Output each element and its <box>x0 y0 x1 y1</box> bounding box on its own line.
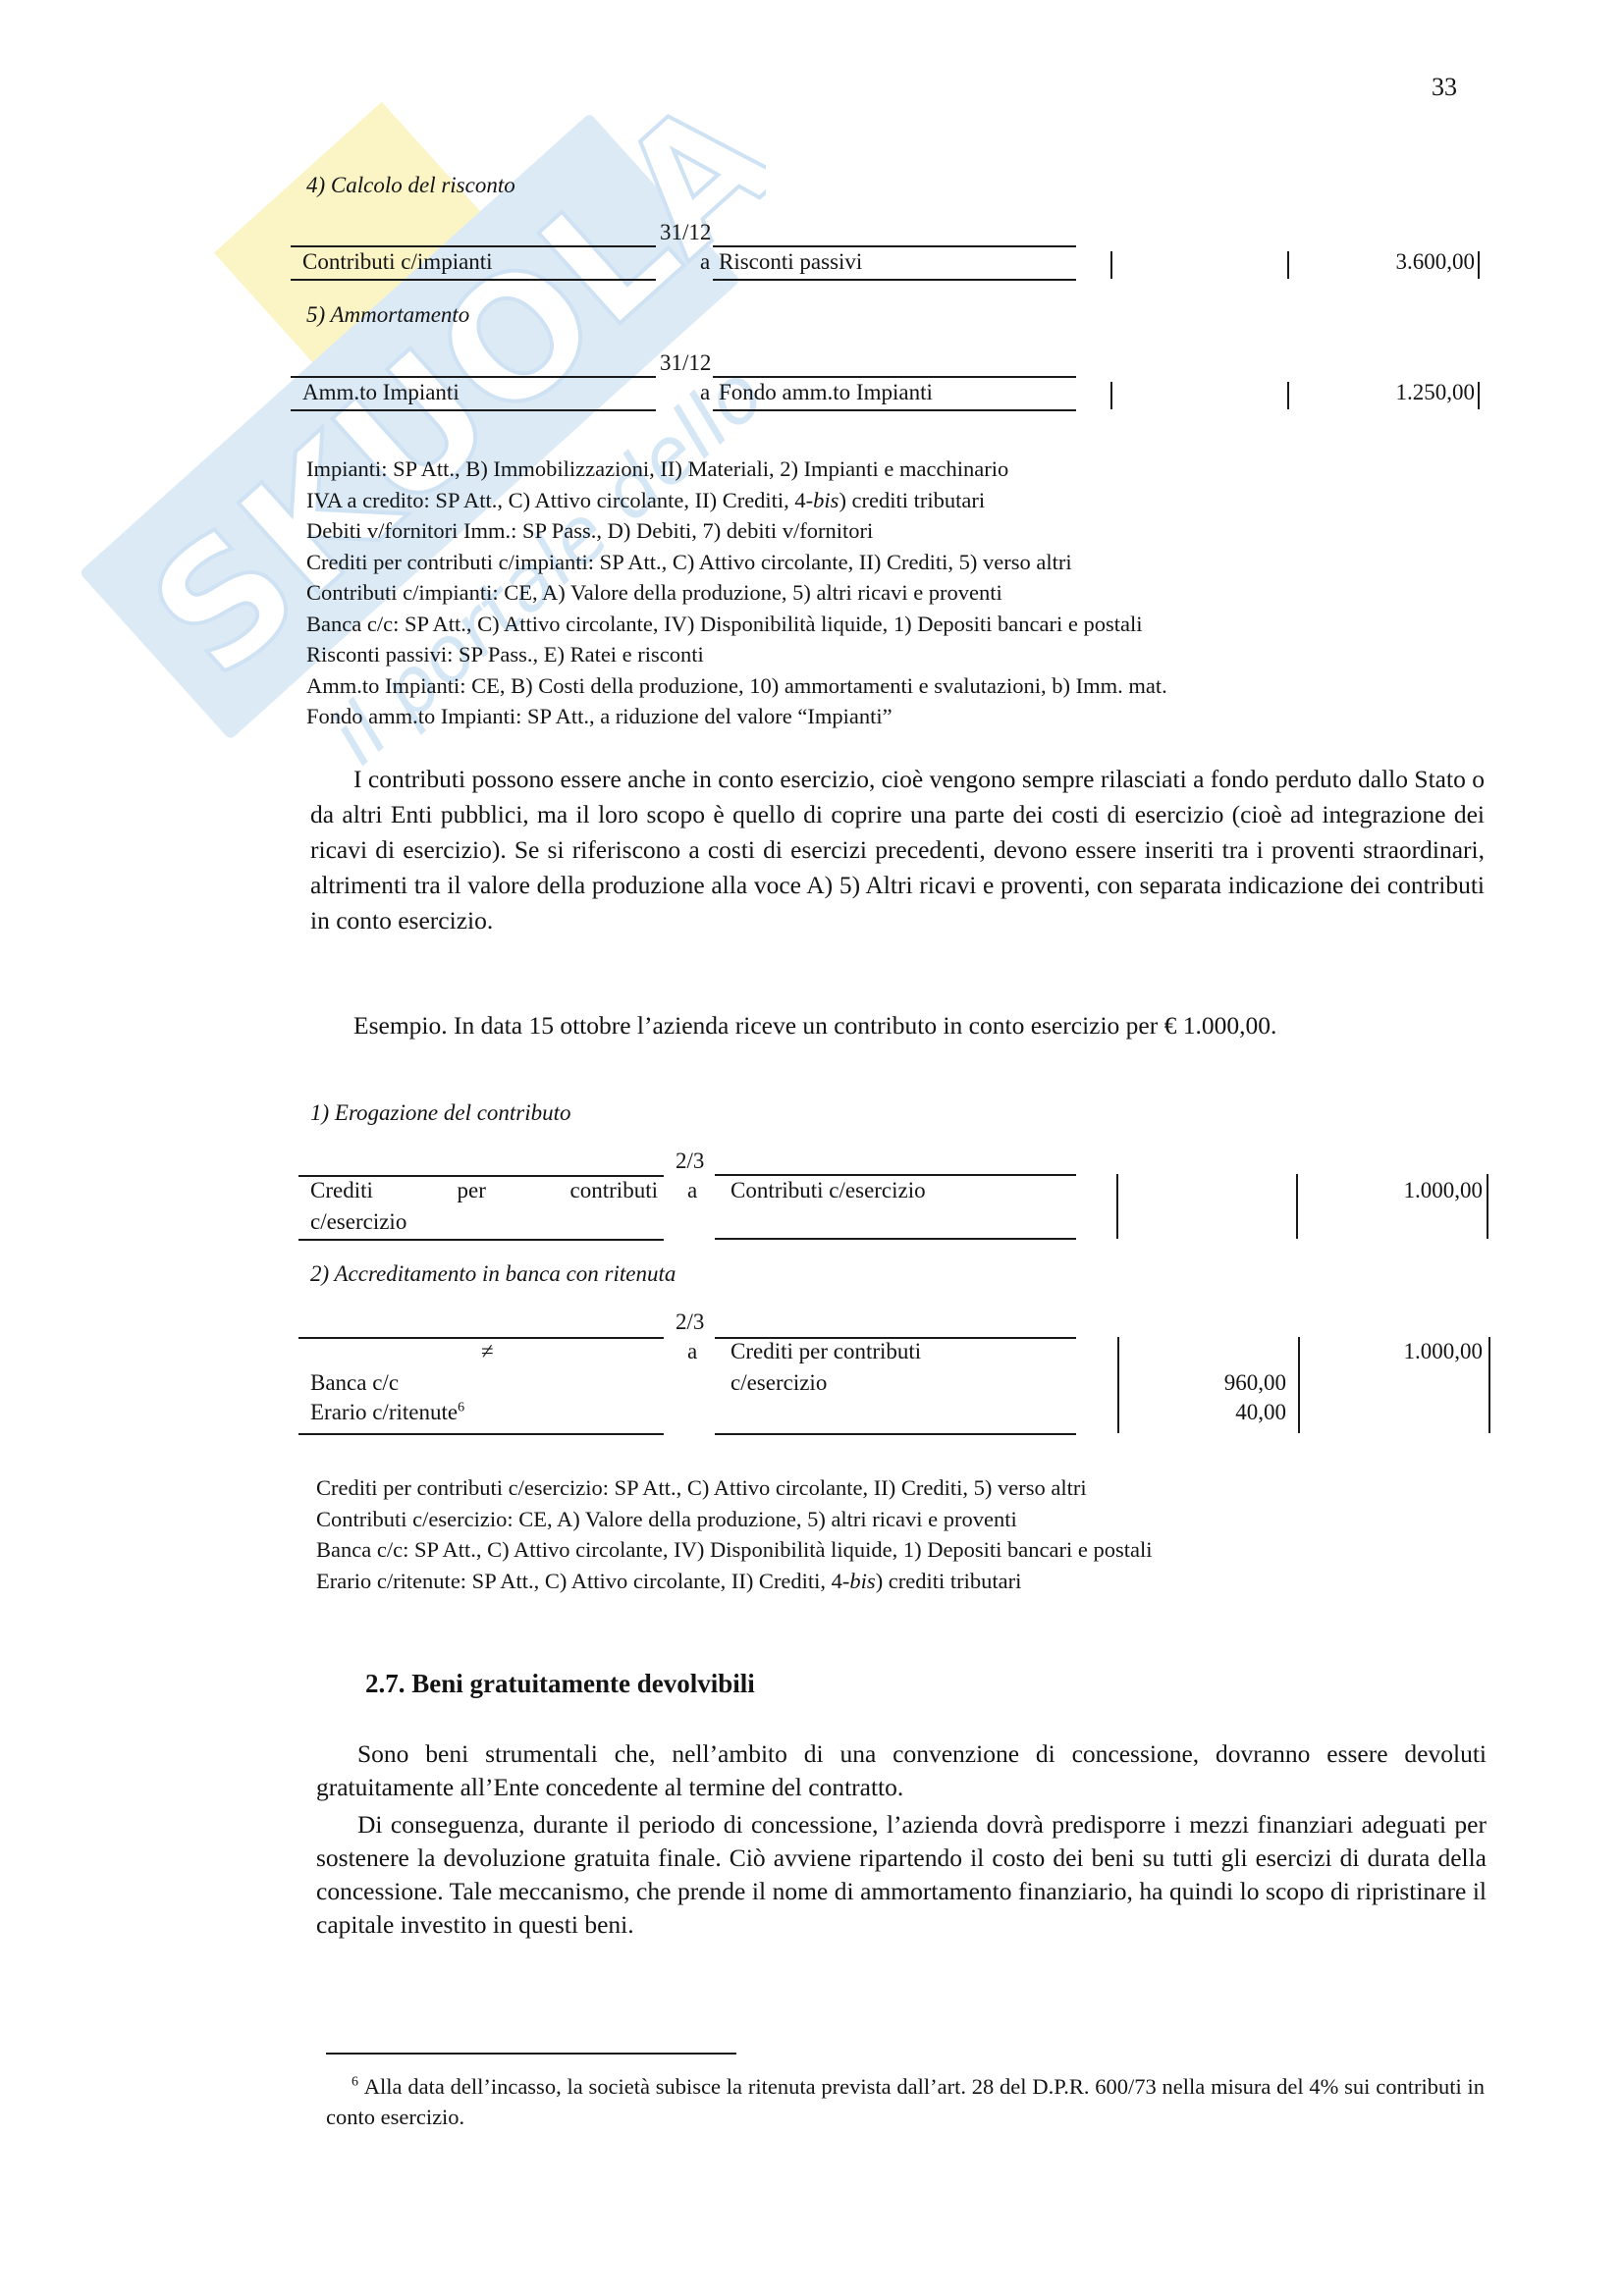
classification-item: Crediti per contributi c/impianti: SP At… <box>306 547 1167 578</box>
paragraph-text: Sono beni strumentali che, nell’ambito d… <box>316 1739 1487 1801</box>
debit-account: Contributi c/impianti <box>302 247 493 277</box>
multiple-accounts-symbol: ≠ <box>481 1337 494 1366</box>
column-divider <box>1116 1174 1118 1239</box>
footnote-marker: 6 <box>352 2075 358 2090</box>
footnote: 6 Alla data dell’incasso, la società sub… <box>326 2071 1485 2132</box>
entry-label-erogazione: 1) Erogazione del contributo <box>310 1100 571 1126</box>
debit-word: contributi <box>570 1176 658 1205</box>
column-divider <box>1487 1174 1488 1239</box>
entry-date: 2/3 <box>676 1147 704 1176</box>
classification-item: Erario c/ritenute: SP Att., C) Attivo ci… <box>316 1566 1153 1597</box>
entry-label-risconto: 4) Calcolo del risconto <box>306 173 515 198</box>
rule <box>298 1239 664 1241</box>
total-amount: 3.600,00 <box>1335 247 1475 277</box>
total-amount: 1.000,00 <box>1335 1176 1483 1205</box>
account-classification-list-2: Crediti per contributi c/esercizio: SP A… <box>316 1472 1153 1596</box>
paragraph-contributi: I contributi possono essere anche in con… <box>310 762 1485 938</box>
entry-date: 31/12 <box>660 348 711 378</box>
paragraph-esempio: Esempio. In data 15 ottobre l’azienda ri… <box>310 1008 1485 1043</box>
rule <box>713 279 1076 281</box>
entry-connector: a <box>687 1337 697 1366</box>
debit-account: Creditipercontributi <box>310 1176 658 1205</box>
classification-item: Banca c/c: SP Att., C) Attivo circolante… <box>306 609 1167 640</box>
classification-item: Risconti passivi: SP Pass., E) Ratei e r… <box>306 639 1167 670</box>
classification-item: Amm.to Impianti: CE, B) Costi della prod… <box>306 670 1167 702</box>
rule <box>715 1433 1076 1435</box>
entry-date: 31/12 <box>660 218 711 247</box>
section-paragraph-1: Sono beni strumentali che, nell’ambito d… <box>316 1737 1487 1804</box>
debit-word: Crediti <box>310 1176 373 1205</box>
classification-item: IVA a credito: SP Att., C) Attivo circol… <box>306 485 1167 516</box>
debit-account: Erario c/ritenute6 <box>310 1398 464 1427</box>
rule <box>713 409 1076 411</box>
debit-account-continued: c/esercizio <box>310 1207 406 1237</box>
column-divider <box>1296 1174 1298 1239</box>
credit-account-continued: c/esercizio <box>730 1368 827 1398</box>
paragraph-text: Esempio. In data 15 ottobre l’azienda ri… <box>353 1011 1276 1040</box>
classification-item: Contributi c/impianti: CE, A) Valore del… <box>306 577 1167 609</box>
rule <box>291 409 656 411</box>
total-amount: 1.250,00 <box>1335 378 1475 407</box>
credit-account: Contributi c/esercizio <box>730 1176 926 1205</box>
classification-item: Crediti per contributi c/esercizio: SP A… <box>316 1472 1153 1504</box>
classification-item: Fondo amm.to Impianti: SP Att., a riduzi… <box>306 701 1167 732</box>
footnote-ref[interactable]: 6 <box>458 1400 464 1415</box>
page-number: 33 <box>1432 73 1457 102</box>
account-classification-list: Impianti: SP Att., B) Immobilizzazioni, … <box>306 454 1167 732</box>
classification-item: Banca c/c: SP Att., C) Attivo circolante… <box>316 1534 1153 1566</box>
partial-amount: 40,00 <box>1129 1398 1286 1427</box>
debit-account: Amm.to Impianti <box>302 378 460 407</box>
column-divider <box>1478 251 1480 279</box>
entry-label-accreditamento: 2) Accreditamento in banca con ritenuta <box>310 1261 676 1287</box>
column-divider <box>1110 382 1112 409</box>
debit-word: per <box>458 1176 486 1205</box>
credit-account: Risconti passivi <box>719 247 862 277</box>
paragraph-text: Di conseguenza, durante il periodo di co… <box>316 1810 1487 1939</box>
entry-date: 2/3 <box>676 1308 704 1337</box>
footnote-text: Alla data dell’incasso, la società subis… <box>326 2074 1485 2129</box>
total-amount: 1.000,00 <box>1335 1337 1483 1366</box>
entry-connector: a <box>687 1176 697 1205</box>
rule <box>298 1433 664 1435</box>
column-divider <box>1117 1337 1119 1433</box>
entry-connector: a <box>700 378 710 407</box>
classification-item: Impianti: SP Att., B) Immobilizzazioni, … <box>306 454 1167 485</box>
rule <box>291 279 656 281</box>
classification-item: Debiti v/fornitori Imm.: SP Pass., D) De… <box>306 515 1167 547</box>
debit-account-name: Erario c/ritenute <box>310 1400 458 1424</box>
classification-item: Contributi c/esercizio: CE, A) Valore de… <box>316 1504 1153 1535</box>
entry-label-ammortamento: 5) Ammortamento <box>306 302 469 328</box>
footnote-separator <box>326 2053 736 2055</box>
paragraph-text: I contributi possono essere anche in con… <box>310 765 1485 934</box>
credit-account: Fondo amm.to Impianti <box>719 378 933 407</box>
column-divider <box>1478 382 1480 409</box>
section-paragraph-2: Di conseguenza, durante il periodo di co… <box>316 1808 1487 1942</box>
debit-account: Banca c/c <box>310 1368 399 1398</box>
column-divider <box>1298 1337 1300 1433</box>
column-divider <box>1287 251 1289 279</box>
section-heading: 2.7. Beni gratuitamente devolvibili <box>365 1669 755 1699</box>
partial-amount: 960,00 <box>1129 1368 1286 1398</box>
rule <box>715 1238 1076 1240</box>
credit-account: Crediti per contributi <box>730 1337 921 1366</box>
column-divider <box>1110 251 1112 279</box>
column-divider <box>1287 382 1289 409</box>
column-divider <box>1488 1337 1490 1433</box>
entry-connector: a <box>700 247 710 277</box>
